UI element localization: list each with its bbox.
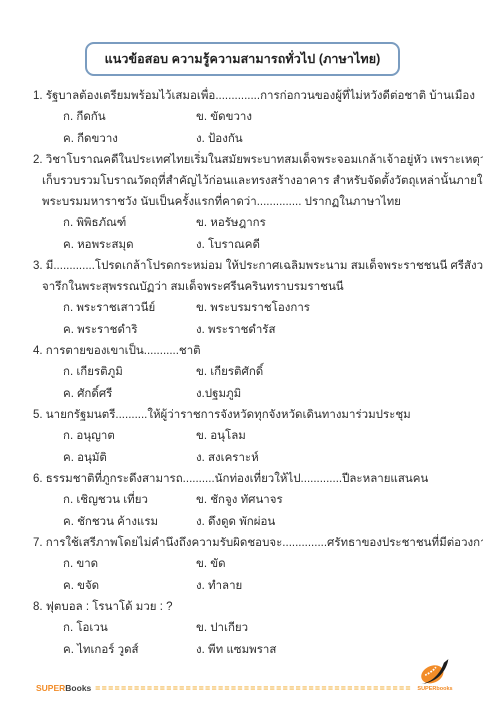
- choice-option: ก. กีดกัน: [63, 107, 196, 129]
- choice-option: ก. ขาด: [63, 554, 196, 576]
- footer-brand: SUPERBooks: [36, 683, 91, 693]
- choice-option: ง. ทำลาย: [196, 576, 457, 598]
- question-text: 4. การตายของเขาเป็น...........ชาติ: [33, 341, 457, 362]
- choice-option: ก. อนุญาต: [63, 426, 196, 448]
- question-line: 2. วิชาโบราณคดีในประเทศไทยเริ่มในสมัยพระ…: [33, 150, 457, 171]
- choice-option: ข. เกียรติศักดิ์: [196, 362, 457, 384]
- choice-grid: ก. อนุญาตข. อนุโลมค. อนุมัติง. สงเคราะห์: [63, 426, 457, 469]
- question-text: 6. ธรรมชาติที่ภูกระดึงสามารถ..........นั…: [33, 469, 457, 490]
- choice-option: ง. สงเคราะห์: [196, 448, 457, 470]
- choice-option: ง. ป้องกัน: [196, 129, 457, 151]
- choice-option: ข. ชักจูง ทัศนาจร: [196, 490, 457, 512]
- choice-option: ค. หอพระสมุด: [63, 235, 196, 257]
- choice-option: ข. ปาเกียว: [196, 618, 457, 640]
- choice-option: ง. พระราชดำรัส: [196, 320, 457, 342]
- question-line: 4. การตายของเขาเป็น...........ชาติ: [33, 341, 457, 362]
- choice-option: ก. เกียรติภูมิ: [63, 362, 196, 384]
- question-block: 5. นายกรัฐมนตรี..........ให้ผู้ว่าราชการ…: [33, 405, 457, 469]
- question-line: 3. มี.............โปรดเกล้าโปรดกระหม่อม …: [33, 256, 457, 277]
- choice-option: ข. ขัดขวาง: [196, 107, 457, 129]
- footer-separator-line: ========================================…: [95, 683, 411, 693]
- choice-grid: ก. โอเวนข. ปาเกียวค. ไทเกอร์ วูดส์ง. พีท…: [63, 618, 457, 661]
- question-block: 1. รัฐบาลต้องเตรียมพร้อมไว้เสมอเพื่อ....…: [33, 86, 457, 150]
- choice-grid: ก. เกียรติภูมิข. เกียรติศักดิ์ค. ศักดิ์ศ…: [63, 362, 457, 405]
- choice-grid: ก. พิพิธภัณฑ์ข. หอรัษฎากรค. หอพระสมุดง. …: [63, 213, 457, 256]
- question-line: 6. ธรรมชาติที่ภูกระดึงสามารถ..........นั…: [33, 469, 457, 490]
- choice-option: ก. พระราชเสาวนีย์: [63, 298, 196, 320]
- question-line: 1. รัฐบาลต้องเตรียมพร้อมไว้เสมอเพื่อ....…: [33, 86, 457, 107]
- choice-option: ง. พีท แซมพราส: [196, 640, 457, 662]
- question-block: 6. ธรรมชาติที่ภูกระดึงสามารถ..........นั…: [33, 469, 457, 533]
- choice-option: ค. ไทเกอร์ วูดส์: [63, 640, 196, 662]
- choice-option: ก. พิพิธภัณฑ์: [63, 213, 196, 235]
- footer-brand-books: Books: [65, 683, 91, 693]
- choice-option: ง. โบราณคดี: [196, 235, 457, 257]
- question-text: 3. มี.............โปรดเกล้าโปรดกระหม่อม …: [33, 256, 457, 298]
- choice-option: ค. พระราชดำริ: [63, 320, 196, 342]
- document-page: แนวข้อสอบ ความรู้ความสามารถทั่วไป (ภาษาไ…: [0, 0, 483, 717]
- question-block: 2. วิชาโบราณคดีในประเทศไทยเริ่มในสมัยพระ…: [33, 150, 457, 256]
- question-line: 7. การใช้เสรีภาพโดยไม่คำนึงถึงความรับผิด…: [33, 533, 457, 554]
- document-title-box: แนวข้อสอบ ความรู้ความสามารถทั่วไป (ภาษาไ…: [85, 42, 400, 76]
- document-title: แนวข้อสอบ ความรู้ความสามารถทั่วไป (ภาษาไ…: [105, 49, 381, 69]
- question-text: 5. นายกรัฐมนตรี..........ให้ผู้ว่าราชการ…: [33, 405, 457, 426]
- choice-option: ก. เชิญชวน เที่ยว: [63, 490, 196, 512]
- choice-grid: ก. กีดกันข. ขัดขวางค. กีดขวางง. ป้องกัน: [63, 107, 457, 150]
- question-block: 7. การใช้เสรีภาพโดยไม่คำนึงถึงความรับผิด…: [33, 533, 457, 597]
- choice-option: ข. ขัด: [196, 554, 457, 576]
- question-line: 8. ฟุตบอล : โรนาโด้ มวย : ?: [33, 597, 457, 618]
- choice-option: ค. อนุมัติ: [63, 448, 196, 470]
- choice-option: ข. พระบรมราชโองการ: [196, 298, 457, 320]
- choice-option: ก. โอเวน: [63, 618, 196, 640]
- question-text: 1. รัฐบาลต้องเตรียมพร้อมไว้เสมอเพื่อ....…: [33, 86, 457, 107]
- choice-option: ค. ศักดิ์ศรี: [63, 384, 196, 406]
- question-text: 2. วิชาโบราณคดีในประเทศไทยเริ่มในสมัยพระ…: [33, 150, 457, 213]
- question-line: พระบรมมหาราชวัง นับเป็นครั้งแรกที่คาดว่า…: [33, 192, 457, 213]
- choice-option: ง. ดึงดูด พักผ่อน: [196, 512, 457, 534]
- choice-option: ง.ปฐมภูมิ: [196, 384, 457, 406]
- page-footer: SUPERBooks =============================…: [36, 659, 455, 693]
- choice-option: ข. หอรัษฎากร: [196, 213, 457, 235]
- superbooks-logo-text: SUPERbooks: [417, 686, 452, 693]
- question-text: 8. ฟุตบอล : โรนาโด้ มวย : ?: [33, 597, 457, 618]
- choice-option: ค. ชักชวน ค้างแรม: [63, 512, 196, 534]
- question-list: 1. รัฐบาลต้องเตรียมพร้อมไว้เสมอเพื่อ....…: [33, 86, 457, 661]
- choice-option: ข. อนุโลม: [196, 426, 457, 448]
- superbooks-logo: SUPERbooks: [415, 659, 455, 693]
- superbooks-logo-icon: [419, 659, 451, 686]
- choice-option: ค. กีดขวาง: [63, 129, 196, 151]
- choice-grid: ก. เชิญชวน เที่ยวข. ชักจูง ทัศนาจรค. ชัก…: [63, 490, 457, 533]
- question-line: 5. นายกรัฐมนตรี..........ให้ผู้ว่าราชการ…: [33, 405, 457, 426]
- question-line: จารึกในพระสุพรรณบัฏว่า สมเด็จพระศรีนคริน…: [33, 277, 457, 298]
- question-line: เก็บรวบรวมโบราณวัตถุที่สำคัญไว้ก่อนและทร…: [33, 171, 457, 192]
- question-text: 7. การใช้เสรีภาพโดยไม่คำนึงถึงความรับผิด…: [33, 533, 457, 554]
- choice-grid: ก. ขาดข. ขัดค. ขจัดง. ทำลาย: [63, 554, 457, 597]
- footer-brand-super: SUPER: [36, 683, 65, 693]
- choice-option: ค. ขจัด: [63, 576, 196, 598]
- question-block: 3. มี.............โปรดเกล้าโปรดกระหม่อม …: [33, 256, 457, 341]
- choice-grid: ก. พระราชเสาวนีย์ข. พระบรมราชโองการค. พร…: [63, 298, 457, 341]
- question-block: 4. การตายของเขาเป็น...........ชาติ ก. เก…: [33, 341, 457, 405]
- question-block: 8. ฟุตบอล : โรนาโด้ มวย : ? ก. โอเวนข. ป…: [33, 597, 457, 661]
